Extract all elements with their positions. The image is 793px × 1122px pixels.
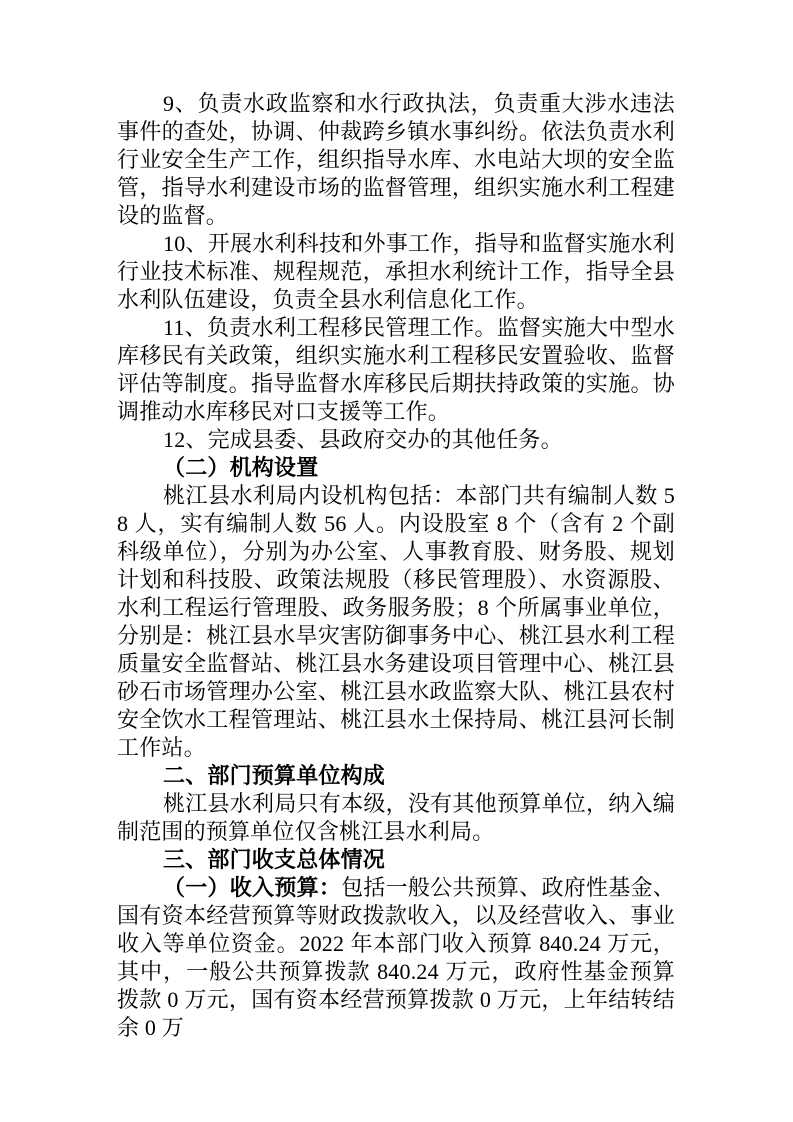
paragraph-duty-11: 11、负责水利工程移民管理工作。监督实施大中型水库移民有关政策，组织实施水利工程…: [117, 314, 675, 426]
paragraph-budget-unit-detail: 桃江县水利局只有本级，没有其他预算单位，纳入编制范围的预算单位仅含桃江县水利局。: [117, 790, 675, 846]
paragraph-income-budget: （一）收入预算：包括一般公共预算、政府性基金、国有资本经营预算等财政拨款收入，以…: [117, 874, 675, 1042]
heading-revenue-expenditure-overview: 三、部门收支总体情况: [117, 846, 675, 874]
heading-budget-unit-composition: 二、部门预算单位构成: [117, 762, 675, 790]
paragraph-duty-10: 10、开展水利科技和外事工作，指导和监督实施水利行业技术标准、规程规范，承担水利…: [117, 230, 675, 314]
paragraph-duty-9: 9、负责水政监察和水行政执法，负责重大涉水违法事件的查处，协调、仲裁跨乡镇水事纠…: [117, 90, 675, 230]
income-budget-lead-label: （一）收入预算：: [163, 875, 341, 900]
paragraph-duty-12: 12、完成县委、县政府交办的其他任务。: [117, 426, 675, 454]
document-page: 9、负责水政监察和水行政执法，负责重大涉水违法事件的查处，协调、仲裁跨乡镇水事纠…: [0, 0, 793, 1122]
heading-org-setup: （二）机构设置: [117, 454, 675, 482]
paragraph-org-detail: 桃江县水利局内设机构包括：本部门共有编制人数 58 人，实有编制人数 56 人。…: [117, 482, 675, 762]
